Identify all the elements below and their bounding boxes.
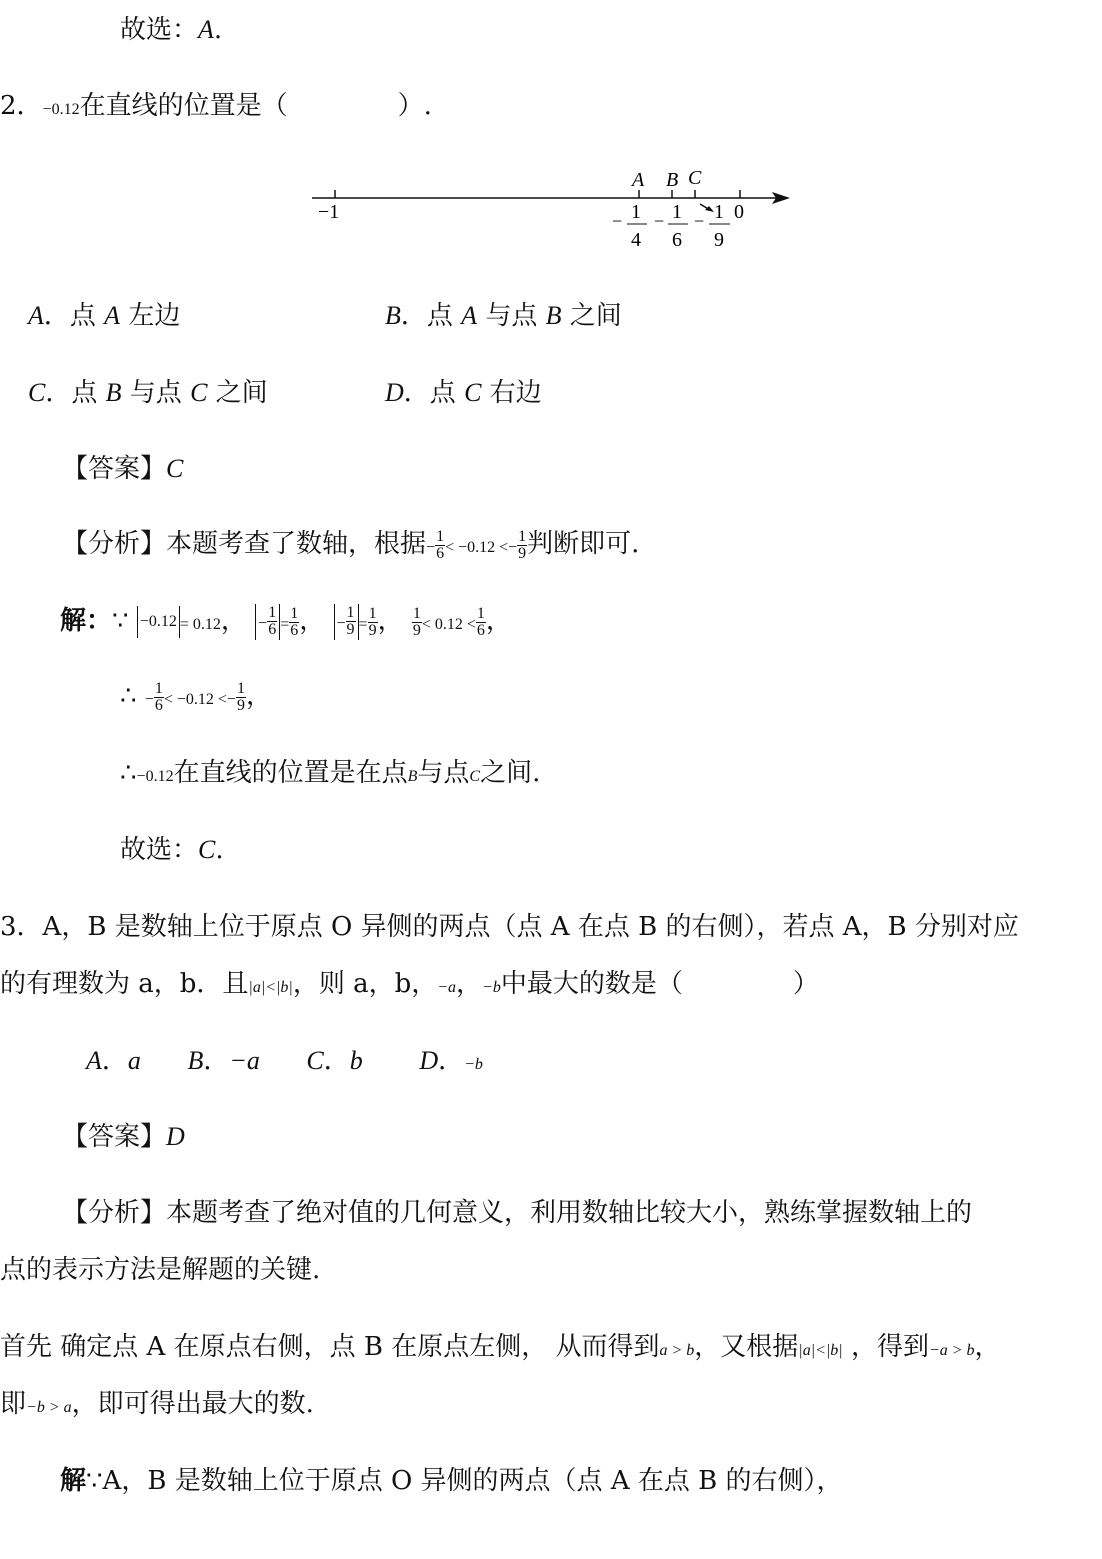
q3-stem-line1: 3．A，B 是数轴上位于原点 O 异侧的两点（点 A 在点 B 的右侧），若点 …	[0, 911, 1019, 943]
svg-text:−: −	[694, 211, 704, 231]
choose-label: 故选：	[120, 15, 198, 45]
q1-choose-line: 故选：A.	[120, 14, 222, 46]
q3-solution: 解∵A，B 是数轴上位于原点 O 异侧的两点（点 A 在点 B 的右侧），	[60, 1465, 843, 1497]
svg-text:9: 9	[714, 229, 724, 251]
q2-option-c: C．点 B 与点 C 之间	[28, 377, 268, 409]
q3-method-line1: 首先 确定点 A 在原点右侧，点 B 在原点左侧， 从而得到a > b，又根据|…	[0, 1331, 1001, 1367]
stem-text: 在直线的位置是（	[80, 91, 288, 121]
q2-stem: 2．−0.12在直线的位置是（）.	[0, 90, 432, 126]
q2-option-a: A．点 A 左边	[28, 300, 180, 332]
svg-text:1: 1	[631, 201, 641, 223]
svg-text:−: −	[612, 211, 622, 231]
q2-answer: 【答案】C	[62, 453, 183, 485]
q3-analysis-line1: 【分析】本题考查了绝对值的几何意义，利用数轴比较大小，熟练掌握数轴上的	[62, 1197, 972, 1229]
q3-option-d: D．−b	[419, 1046, 483, 1076]
stem-end: ）.	[398, 91, 432, 121]
svg-text:0: 0	[734, 201, 744, 223]
svg-text:C: C	[688, 167, 702, 189]
svg-text:6: 6	[672, 229, 682, 251]
q3-option-a: A．a	[86, 1046, 141, 1076]
number-line-figure: −1 0 A B C − 14 − 16 − 19	[300, 160, 800, 260]
question-number: 2．	[0, 91, 43, 121]
q3-options: A．a B．−a C．b D．−b	[86, 1045, 483, 1081]
q2-therefore-2: ∴−0.12在直线的位置是在点B与点C之间.	[120, 757, 540, 793]
svg-text:1: 1	[714, 201, 724, 223]
q2-option-b: B．点 A 与点 B 之间	[385, 300, 622, 332]
value: −0.12	[43, 101, 80, 118]
choice: A	[198, 15, 214, 44]
svg-text:1: 1	[672, 201, 682, 223]
q2-therefore-1: ∴ −16< −0.12 <−19，	[120, 680, 272, 716]
svg-text:B: B	[666, 169, 678, 191]
svg-text:A: A	[630, 169, 645, 191]
q3-method-line2: 即−b > a，即可得出最大的数.	[0, 1388, 314, 1424]
svg-text:−: −	[654, 211, 664, 231]
q3-stem-line2: 的有理数为 a，b．且|a|<|b|，则 a，b，−a，−b中最大的数是（）	[0, 968, 819, 1004]
period: .	[214, 15, 222, 45]
svg-text:4: 4	[631, 229, 641, 251]
q2-analysis: 【分析】本题考查了数轴，根据−16< −0.12 <−19判断即可.	[62, 528, 639, 564]
q2-option-d: D．点 C 右边	[385, 377, 542, 409]
q3-option-c: C．b	[306, 1046, 362, 1076]
svg-text:−1: −1	[318, 201, 339, 223]
q2-solution: 解：∵ −0.12= 0.12， −16=16， −19=19， 19< 0.1…	[60, 604, 512, 641]
q3-analysis-line2: 点的表示方法是解题的关键.	[0, 1254, 320, 1286]
q3-answer: 【答案】D	[62, 1121, 185, 1153]
q3-option-b: B．−a	[187, 1046, 259, 1076]
q2-choose: 故选：C.	[120, 834, 224, 866]
